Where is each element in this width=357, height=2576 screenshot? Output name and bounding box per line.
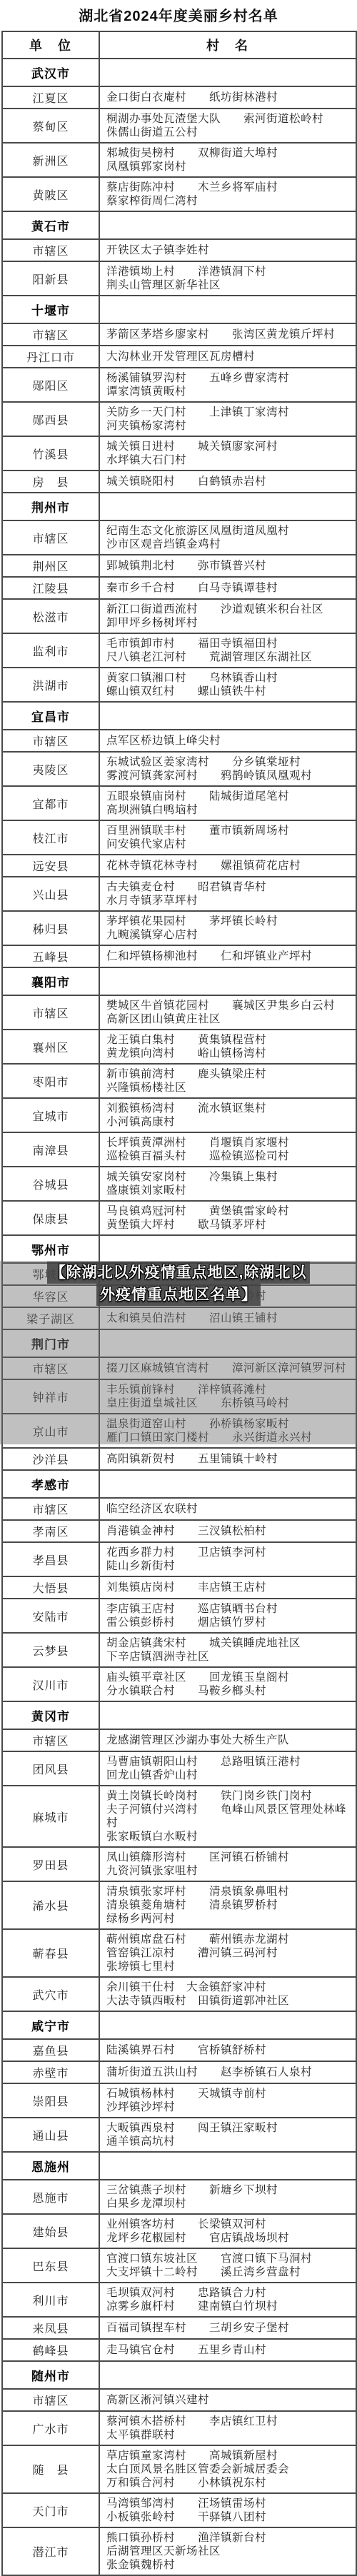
village-cell [99,1235,356,1263]
village-line: 杨溪铺镇罗沟村 五峰乡曹家湾村 [106,371,353,385]
village-cell: 掇刀区麻城镇官湾村 漳河新区漳河镇罗河村 [99,1357,356,1379]
unit-cell: 华容区 [2,1285,99,1307]
village-cell [99,1329,356,1357]
unit-cell: 五峰县 [2,945,99,967]
table-row: 市辖区 樊城区牛首镇花园村 襄城区尹集乡白云村高新区团山镇黄庄社区 [2,995,356,1030]
table-row: 新洲区 邾城街吴榜村 双柳街道大埠村凤凰镇郭家岗村 [2,143,356,177]
village-line: 郢城镇荆北村 弥市镇普兴村 [106,559,353,573]
village-cell: 毛坝镇双河村 忠路镇合力村凉雾乡旗杆村 建南镇白竹坝村 [99,2283,356,2317]
table-row: 崇阳县 石城镇杨林村 天城镇寺前村沙坪镇沙坪村 [2,2083,356,2118]
unit-cell: 恩施州 [2,2152,99,2180]
village-cell: 草店镇童家湾村 高城镇新屋村太白顶风景名胜区管委会新城居委会万和镇合河村 小林镇… [99,2445,356,2493]
village-cell: 大沟林业开发管理区瓦房槽村 [99,346,356,368]
table-row: 鄂州市 [2,1235,356,1263]
table-row: 麻城市 黄土岗镇长岭岗村 铁门岗乡铁门岗村夫子河镇付兴湾村 龟峰山风景区管理处林… [2,1786,356,1847]
table-row: 通山县 大畈镇西泉村 闯王镇汪家畈村通羊镇高坑村 [2,2118,356,2152]
village-line: 五眼泉镇庙岗村 陆城街道尾笔村 [106,790,353,803]
village-line: 大支坪镇十二岭村 溪丘湾乡营盘村 [106,2265,353,2279]
village-line: 水月寺镇茅草坪村 [106,894,353,907]
village-line: 业州镇客坊村 长梁镇双河村 [106,2218,353,2231]
unit-cell: 孝昌县 [2,1542,99,1576]
village-line: 螺山镇双红村 螺山镇铁牛村 [106,685,353,698]
village-cell: 黄家口镇湘口村 乌林镇香山村螺山镇双红村 螺山镇铁牛村 [99,668,356,702]
unit-cell: 市辖区 [2,1357,99,1379]
village-line: 新市镇前湾村 鹿头镇梁庄村 [106,1067,353,1081]
village-cell [99,211,356,239]
village-line: 巡检镇百福头村 巡检镇巡检司村 [106,1149,353,1163]
unit-cell: 潜江市 [2,2527,99,2575]
table-row: 荆门市 [2,1329,356,1357]
village-line: 新江口街道西流村 沙道观镇米积台社区 [106,603,353,616]
table-row: 黄陂区 蔡店街陈冲村 木兰乡将军庙村蔡家榨街周仁湾村 [2,177,356,211]
village-line: 茅箭区茅塔乡廖家村 张湾区黄龙镇斤坪村 [106,328,353,341]
village-line: 石城镇杨林村 天城镇寺前村 [106,2087,353,2100]
village-cell: 高阳镇新贺村 五里铺镇十岭村 [99,1448,356,1470]
village-line: 马湾镇邹湾村 汪场镇雷场村 [106,2497,353,2510]
village-cell [99,2011,356,2039]
village-line: 邾城街吴榜村 双柳街道大埠村 [106,146,353,160]
village-line: 城关镇日进村 城关镇廖家河村 [106,440,353,453]
village-cell: 东城试验区姜家湾村 分乡镇棠垭村雾渡河镇龚家河村 鸦鹊岭镇凤凰观村 [99,752,356,786]
village-line: 谭家湾镇黄畈村 [106,385,353,398]
unit-cell: 黄石市 [2,211,99,239]
table-row: 市辖区 开铁区太子镇李姓村 [2,239,356,261]
table-row: 远安县 花林寺镇花林寺村 嫘祖镇荷花店村 [2,855,356,877]
unit-cell: 梁子湖区 [2,1307,99,1329]
unit-cell: 市辖区 [2,2389,99,2411]
village-line: 沙坪镇沙坪村 [106,2100,353,2114]
village-cell: 陆溪镇界石村 官桥镇舒桥村 [99,2039,356,2061]
village-cell: 刘猴镇杨湾村 流水镇讴集村小河镇高康村 [99,1098,356,1132]
unit-cell: 市辖区 [2,520,99,555]
village-cell: 新江口街道西流村 沙道观镇米积台社区卸甲坪乡杨树坪村 [99,599,356,633]
village-line: 分水镇联合村 马鞍乡榔头村 [106,1684,353,1698]
village-cell: 蒲圻街道五洪山村 赵李桥镇石人泉村 [99,2061,356,2083]
unit-cell: 丹江口市 [2,346,99,368]
table-row: 市辖区 临空经济区农联村 [2,1498,356,1520]
unit-cell: 荆州市 [2,493,99,520]
header-unit: 单 位 [2,31,99,59]
village-line: 庙头镇平章社区 回龙镇玉皇阁村 [106,1671,353,1684]
table-row: 宜昌市 [2,702,356,730]
table-row: 市辖区 龙感湖管理区沙湖办事处大桥生产队 [2,1729,356,1751]
table-row: 市辖区 掇刀区麻城镇官湾村 漳河新区漳河镇罗河村 [2,1357,356,1379]
village-line: 走马镇官仓村 五里乡青山村 [106,2343,353,2357]
unit-cell: 松滋市 [2,599,99,633]
village-cell: 余川镇干仕村 大金镇舒家冲村大法寺镇西畈村 田镇街道郭冲社区 [99,1977,356,2011]
village-cell: 丰乐镇前锋村 洋梓镇蒋滩村皇庄街道皇城社区 东桥镇马岭村 [99,1379,356,1414]
village-cell: 走马镇官仓村 五里乡青山村 [99,2339,356,2361]
village-cell: 凤山镇簰形湾村 匡河镇石桥铺村九资河镇张家咀村 [99,1847,356,1881]
village-cell: 城关镇日进村 城关镇廖家河村水坪镇大石门村 [99,436,356,471]
unit-cell: 通山县 [2,2118,99,2152]
unit-cell: 团风县 [2,1751,99,1786]
village-line: 张塝镇七里村 [106,1960,353,1973]
table-row: 汉川市 庙头镇平章社区 回龙镇玉皇阁村分水镇联合村 马鞍乡榔头村 [2,1667,356,1701]
table-row: 武汉市 [2,59,356,86]
village-cell [99,2152,356,2180]
village-line: 雾渡河镇龚家河村 鸦鹊岭镇凤凰观村 [106,769,353,783]
unit-cell: 十堰市 [2,296,99,323]
table-row: 监利市 毛市镇卸市村 福田寺镇福田村尺八镇老江河村 荒湖管理区东湖社区 [2,633,356,668]
village-cell: 庙头镇平章社区 回龙镇玉皇阁村分水镇联合村 马鞍乡榔头村 [99,1667,356,1701]
unit-cell: 宜昌市 [2,702,99,730]
table-row: 荆州市 [2,493,356,520]
table-row: 罗田县 凤山镇簰形湾村 匡河镇石桥铺村九资河镇张家咀村 [2,1847,356,1881]
village-cell: 杨溪铺镇罗沟村 五峰乡曹家湾村谭家湾镇黄畈村 [99,368,356,402]
village-line: 九资河镇张家咀村 [106,1864,353,1878]
table-row: 华容区 华容镇韩畈村 临江乡黄岭村 [2,1285,356,1307]
village-line: 蕲州镇席盘石村 蕲州镇赤龙湖村 [106,1933,353,1946]
village-line: 大法寺镇西畈村 田镇街道郭冲社区 [106,1994,353,2008]
table-row: 市辖区 纪南生态文化旅游区凤凰街道凤凰村沙市区观音垱镇金鸡村 [2,520,356,555]
village-line: 官渡口镇东坡社区 官渡口镇下马洞村 [106,2252,353,2265]
unit-cell: 麻城市 [2,1786,99,1847]
village-line: 胡金店镇龚宋村 城关镇睡虎地社区 [106,1636,353,1650]
village-line: 下辛店镇泗洲寺社区 [106,1650,353,1664]
village-line: 太平镇群联村 [106,2428,353,2442]
village-line: 纪南生态文化旅游区凤凰街道凤凰村 [106,524,353,538]
village-line: 临空经济区农联村 [106,1502,353,1516]
unit-cell: 保康县 [2,1201,99,1235]
village-cell: 城关镇晓阳村 白鹤镇赤岩村 [99,471,356,493]
village-cell: 洋港镇坳上村 洋港镇洞下村荆头山管理区新华社区 [99,261,356,296]
village-cell: 业州镇客坊村 长梁镇双河村龙坪乡花椒园村 官店镇战场坝村 [99,2214,356,2248]
village-line: 太和镇吴伯浩村 沼山镇王铺村 [106,1312,353,1325]
unit-cell: 江夏区 [2,86,99,109]
village-line: 龙王镇白集村 黄集镇程营村 [106,1033,353,1047]
unit-cell: 市辖区 [2,1498,99,1520]
unit-cell: 孝南区 [2,1520,99,1542]
village-line: 尺八镇老江河村 荒湖管理区东湖社区 [106,650,353,664]
village-line: 荆头山管理区新华社区 [106,278,353,292]
table-row: 恩施州 [2,2152,356,2180]
unit-cell: 市辖区 [2,995,99,1030]
village-cell: 毛市镇卸市村 福田寺镇福田村尺八镇老江河村 荒湖管理区东湖社区 [99,633,356,668]
village-line: 兴隆镇杨楼社区 [106,1081,353,1095]
unit-cell: 浠水县 [2,1881,99,1929]
table-row: 建始县 业州镇客坊村 长梁镇双河村龙坪乡花椒园村 官店镇战场坝村 [2,2214,356,2248]
table-row: 兴山县 古夫镇麦仓村 昭君镇青华村水月寺镇茅草坪村 [2,877,356,911]
village-table: 单 位 村 名 武汉市 江夏区 金口街白衣庵村 纸坊街林港村 蔡甸区 桐湖办事处… [1,31,357,2576]
village-line: 开铁区太子镇李姓村 [106,243,353,257]
page-title: 湖北省2024年度美丽乡村名单 [0,0,357,31]
unit-cell: 阳新县 [2,261,99,296]
table-row: 谷城县 城关镇安家岗村 冷集镇上集村盛康镇刘家畈村 [2,1167,356,1201]
unit-cell: 孝感市 [2,1470,99,1498]
village-cell: 蕲州镇席盘石村 蕲州镇赤龙湖村管窑镇江凉村 漕河镇三码河村张塝镇七里村 [99,1929,356,1977]
unit-cell: 荆门市 [2,1329,99,1357]
table-row: 保康县 马良镇鸡冠河村 黄堡镇雷家岭村黄堡镇大坪村 歇马镇茅坪村 [2,1201,356,1235]
unit-cell: 安陆市 [2,1599,99,1633]
unit-cell: 建始县 [2,2214,99,2248]
village-line: 小河镇高康村 [106,1115,353,1129]
village-line: 高坝洲镇白鸭垴村 [106,803,353,817]
village-line: 百福司镇捏车村 三胡乡安子堡村 [106,2321,353,2335]
village-line: 大沟林业开发管理区瓦房槽村 [106,350,353,363]
table-row: 来凤县 百福司镇捏车村 三胡乡安子堡村 [2,2317,356,2339]
table-row: 黄石市 [2,211,356,239]
village-line: 白果乡龙潭坝村 [106,2197,353,2210]
unit-cell: 利川市 [2,2283,99,2317]
village-cell: 百里洲镇联丰村 董市镇新周场村问安镇代家店村 [99,820,356,855]
village-cell: 龙王镇白集村 黄集镇程营村黄龙镇向湾村 峪山镇杨湾村 [99,1030,356,1064]
unit-cell: 武穴市 [2,1977,99,2011]
village-line: 张家畈镇白水畈村 [106,1830,353,1843]
unit-cell: 市辖区 [2,730,99,752]
village-cell [99,1263,356,1285]
village-cell [99,493,356,520]
village-cell: 高新区淅河镇兴建村 [99,2389,356,2411]
village-line: 关防乡一天门村 上津镇丁家湾村 [106,406,353,419]
village-line [106,1267,353,1281]
village-line: 刘猴镇杨湾村 流水镇讴集村 [106,1102,353,1115]
village-line: 茅坪镇花果园村 茅坪镇长岭村 [106,915,353,928]
village-cell: 点军区桥边镇上峰尖村 [99,730,356,752]
village-line: 高新区淅河镇兴建村 [106,2393,353,2407]
village-cell: 城关镇安家岗村 冷集镇上集村盛康镇刘家畈村 [99,1167,356,1201]
village-line: 点军区桥边镇上峰尖村 [106,734,353,748]
village-line: 草店镇童家湾村 高城镇新屋村 [106,2449,353,2462]
table-row: 郧阳区 杨溪铺镇罗沟村 五峰乡曹家湾村谭家湾镇黄畈村 [2,368,356,402]
table-row: 枝江市 百里洲镇联丰村 董市镇新周场村问安镇代家店村 [2,820,356,855]
table-row: 襄阳市 [2,967,356,995]
table-row: 京山市 温泉街道窑山村 孙桥镇杨家畈村雁门口镇田家门楼村 永兴街道永兴村 [2,1414,356,1448]
unit-cell: 宜都市 [2,786,99,820]
table-row: 恩施市 三岔镇燕子坝村 新塘乡下坝村白果乡龙潭坝村 [2,2180,356,2214]
table-row: 蔡甸区 桐湖办事处瓦渣堡大队 索河街道松岭村侏儒山街道五公村 [2,109,356,143]
unit-cell: 襄州区 [2,1030,99,1064]
village-cell: 石城镇杨林村 天城镇寺前村沙坪镇沙坪村 [99,2083,356,2118]
village-line: 长坪镇黄潭洲村 肖堰镇肖家堰村 [106,1136,353,1149]
village-cell: 花西乡群力村 卫店镇李河村陡山乡新街村 [99,1542,356,1576]
table-row: 阳新县 洋港镇坳上村 洋港镇洞下村荆头山管理区新华社区 [2,261,356,296]
unit-cell: 蕲春县 [2,1929,99,1977]
village-line: 盛康镇刘家畈村 [106,1184,353,1197]
village-line: 三岔镇燕子坝村 新塘乡下坝村 [106,2183,353,2197]
village-line: 花林寺镇花林寺村 嫘祖镇荷花店村 [106,859,353,872]
table-row: 竹溪县 城关镇日进村 城关镇廖家河村水坪镇大石门村 [2,436,356,471]
village-cell: 百福司镇捏车村 三胡乡安子堡村 [99,2317,356,2339]
table-row: 孝感市 [2,1470,356,1498]
table-row: 丹江口市 大沟林业开发管理区瓦房槽村 [2,346,356,368]
village-line: 马曹庙镇朝阳山村 总路咀镇汪港村 [106,1755,353,1769]
table-row: 随州市 [2,2361,356,2389]
village-line: 城关镇安家岗村 冷集镇上集村 [106,1170,353,1184]
village-cell: 马良镇鸡冠河村 黄堡镇雷家岭村黄堡镇大坪村 歇马镇茅坪村 [99,1201,356,1235]
table-row: 宜城市 刘猴镇杨湾村 流水镇讴集村小河镇高康村 [2,1098,356,1132]
village-cell: 蔡店街陈冲村 木兰乡将军庙村蔡家榨街周仁湾村 [99,177,356,211]
unit-cell: 沙洋县 [2,1448,99,1470]
village-cell: 肖港镇金神村 三汊镇松柏村 [99,1520,356,1542]
village-cell: 龙感湖管理区沙湖办事处大桥生产队 [99,1729,356,1751]
village-cell: 郢城镇荆北村 弥市镇普兴村 [99,555,356,577]
village-line: 余川镇干仕村 大金镇舒家冲村 [106,1981,353,1994]
unit-cell: 洪湖市 [2,668,99,702]
village-cell: 马曹庙镇朝阳山村 总路咀镇汪港村回龙山镇香炉山村 [99,1751,356,1786]
village-line: 雁门口镇田家门楼村 永兴街道永兴村 [106,1431,353,1444]
table-row: 云梦县 胡金店镇龚宋村 城关镇睡虎地社区下辛店镇泗洲寺社区 [2,1633,356,1667]
village-line: 卸甲坪乡杨树坪村 [106,616,353,630]
table-row: 孝昌县 花西乡群力村 卫店镇李河村陡山乡新街村 [2,1542,356,1576]
village-line: 龙坪乡花椒园村 官店镇战场坝村 [106,2231,353,2245]
village-line: 清泉镇菱角塘村 清泉镇罗桥村 [106,1898,353,1912]
village-line: 蒲圻街道五洪山村 赵李桥镇石人泉村 [106,2066,353,2079]
unit-cell: 房 县 [2,471,99,493]
village-cell [99,1701,356,1729]
table-row: 广水市 蔡河镇木搭桥村 李店镇红卫村太平镇群联村 [2,2411,356,2445]
unit-cell: 鄂州市 [2,1235,99,1263]
unit-cell: 崇阳县 [2,2083,99,2118]
village-cell [99,702,356,730]
village-line: 万和镇合河村 小林镇祝东村 [106,2476,353,2490]
unit-cell: 枝江市 [2,820,99,855]
table-row: 孝南区 肖港镇金神村 三汊镇松柏村 [2,1520,356,1542]
table-row: 宜都市 五眼泉镇庙岗村 陆城街道尾笔村高坝洲镇白鸭垴村 [2,786,356,820]
village-line: 张金镇魏桥村 [106,2558,353,2572]
table-row: 黄冈市 [2,1701,356,1729]
village-line: 蔡家榨街周仁湾村 [106,194,353,208]
table-row: 团风县 马曹庙镇朝阳山村 总路咀镇汪港村回龙山镇香炉山村 [2,1751,356,1786]
village-line: 掇刀区麻城镇官湾村 漳河新区漳河镇罗河村 [106,1362,353,1375]
village-line: 桐湖办事处瓦渣堡大队 索河街道松岭村 [106,112,353,126]
village-line: 陆溪镇界石村 官桥镇舒桥村 [106,2043,353,2057]
village-cell: 新市镇前湾村 鹿头镇梁庄村兴隆镇杨楼社区 [99,1064,356,1098]
unit-cell: 恩施市 [2,2180,99,2214]
table-row: 郧西县 关防乡一天门村 上津镇丁家湾村河夹镇杨家湾村 [2,402,356,436]
village-line: 大畈镇西泉村 闯王镇汪家畈村 [106,2121,353,2135]
village-line: 沙市区观音垱镇金鸡村 [106,538,353,551]
village-cell: 樊城区牛首镇花园村 襄城区尹集乡白云村高新区团山镇黄庄社区 [99,995,356,1030]
village-line: 温泉街道窑山村 孙桥镇杨家畈村 [106,1417,353,1431]
table-row: 赤壁市 蒲圻街道五洪山村 赵李桥镇石人泉村 [2,2061,356,2083]
unit-cell: 市辖区 [2,323,99,346]
table-row: 蕲春县 蕲州镇席盘石村 蕲州镇赤龙湖村管窑镇江凉村 漕河镇三码河村张塝镇七里村 [2,1929,356,1977]
village-line: 金口街白衣庵村 纸坊街林港村 [106,91,353,104]
village-cell: 金口街白衣庵村 纸坊街林港村 [99,86,356,109]
village-cell: 桐湖办事处瓦渣堡大队 索河街道松岭村侏儒山街道五公村 [99,109,356,143]
unit-cell: 监利市 [2,633,99,668]
village-line: 李店镇王店村 巡店镇晒书台村 [106,1602,353,1616]
village-line: 古夫镇麦仓村 昭君镇青华村 [106,880,353,894]
unit-cell: 枣阳市 [2,1064,99,1098]
village-line: 秦市乡千合村 白马寺镇谭巷村 [106,581,353,595]
table-row: 大悟县 刘集镇店岗村 丰店镇王店村 [2,1576,356,1599]
table-row: 安陆市 李店镇王店村 巡店镇晒书台村雷公镇彭桥村 烟店镇竹罗村 [2,1599,356,1633]
village-cell: 三岔镇燕子坝村 新塘乡下坝村白果乡龙潭坝村 [99,2180,356,2214]
unit-cell: 武汉市 [2,59,99,86]
unit-cell: 郧阳区 [2,368,99,402]
unit-cell: 钟祥市 [2,1379,99,1414]
village-line: 华容镇韩畈村 临江乡黄岭村 [106,1289,353,1303]
village-line: 熊口镇孙桥村 渔洋镇新台村 [106,2531,353,2545]
unit-cell: 鄂城区 [2,1263,99,1285]
village-line: 百里洲镇联丰村 董市镇新周场村 [106,824,353,837]
village-cell: 清泉镇张家坪村 清泉镇象鼻咀村清泉镇菱角塘村 清泉镇罗桥村绿杨乡两河村 [99,1881,356,1929]
table-row: 夷陵区 东城试验区姜家湾村 分乡镇棠垭村雾渡河镇龚家河村 鸦鹊岭镇凤凰观村 [2,752,356,786]
village-cell [99,296,356,323]
village-cell: 马湾镇邹湾村 汪场镇雷场村小板镇张岭村 干驿镇八团村 [99,2493,356,2527]
village-cell [99,1470,356,1498]
table-row: 五峰县 仁和坪镇杨柳池村 仁和坪镇业产坪村 [2,945,356,967]
village-line: 马良镇鸡冠河村 黄堡镇雷家岭村 [106,1204,353,1218]
village-line: 后湖管理区天新场社区 [106,2545,353,2558]
unit-cell: 随 县 [2,2445,99,2493]
unit-cell: 远安县 [2,855,99,877]
village-cell [99,59,356,86]
table-row: 沙洋县 高阳镇新贺村 五里铺镇十岭村 [2,1448,356,1470]
table-header-row: 单 位 村 名 [2,31,356,59]
unit-cell: 大悟县 [2,1576,99,1599]
table-row: 十堰市 [2,296,356,323]
table-row: 洪湖市 黄家口镇湘口村 乌林镇香山村螺山镇双红村 螺山镇铁牛村 [2,668,356,702]
table-row: 松滋市 新江口街道西流村 沙道观镇米积台社区卸甲坪乡杨树坪村 [2,599,356,633]
village-cell: 华容镇韩畈村 临江乡黄岭村 [99,1285,356,1307]
unit-cell: 京山市 [2,1414,99,1448]
village-cell: 官渡口镇东坡社区 官渡口镇下马洞村大支坪镇十二岭村 溪丘湾乡营盘村 [99,2248,356,2283]
unit-cell: 谷城县 [2,1167,99,1201]
village-line: 肖港镇金神村 三汊镇松柏村 [106,1524,353,1538]
village-cell: 五眼泉镇庙岗村 陆城街道尾笔村高坝洲镇白鸭垴村 [99,786,356,820]
table-row: 市辖区 茅箭区茅塔乡廖家村 张湾区黄龙镇斤坪村 [2,323,356,346]
village-cell: 刘集镇店岗村 丰店镇王店村 [99,1576,356,1599]
unit-cell: 天门市 [2,2493,99,2527]
village-cell [99,2361,356,2389]
village-cell: 茅坪镇花果园村 茅坪镇长岭村九畹溪镇穿心店村 [99,911,356,945]
unit-cell: 鹤峰县 [2,2339,99,2361]
village-cell [99,967,356,995]
table-row: 荆州区 郢城镇荆北村 弥市镇普兴村 [2,555,356,577]
village-line: 凤凰镇郭家岗村 [106,160,353,173]
table-row: 利川市 毛坝镇双河村 忠路镇合力村凉雾乡旗杆村 建南镇白竹坝村 [2,2283,356,2317]
village-line: 仁和坪镇杨柳池村 仁和坪镇业产坪村 [106,950,353,963]
table-row: 市辖区 高新区淅河镇兴建村 [2,2389,356,2411]
unit-cell: 黄冈市 [2,1701,99,1729]
village-line: 蔡店街陈冲村 木兰乡将军庙村 [106,181,353,194]
unit-cell: 夷陵区 [2,752,99,786]
village-cell: 花林寺镇花林寺村 嫘祖镇荷花店村 [99,855,356,877]
village-line: 高阳镇新贺村 五里铺镇十岭村 [106,1452,353,1466]
table-row: 秭归县 茅坪镇花果园村 茅坪镇长岭村九畹溪镇穿心店村 [2,911,356,945]
village-line: 花西乡群力村 卫店镇李河村 [106,1546,353,1559]
village-cell: 茅箭区茅塔乡廖家村 张湾区黄龙镇斤坪村 [99,323,356,346]
village-cell: 胡金店镇龚宋村 城关镇睡虎地社区下辛店镇泗洲寺社区 [99,1633,356,1667]
unit-cell: 兴山县 [2,877,99,911]
table-row: 江陵县 秦市乡千合村 白马寺镇谭巷村 [2,577,356,599]
unit-cell: 江陵县 [2,577,99,599]
unit-cell: 南漳县 [2,1132,99,1167]
table-row: 枣阳市 新市镇前湾村 鹿头镇梁庄村兴隆镇杨楼社区 [2,1064,356,1098]
village-line: 管窑镇江凉村 漕河镇三码河村 [106,1946,353,1960]
unit-cell: 竹溪县 [2,436,99,471]
unit-cell: 市辖区 [2,239,99,261]
village-line: 蔡河镇木搭桥村 李店镇红卫村 [106,2415,353,2428]
table-row: 鹤峰县 走马镇官仓村 五里乡青山村 [2,2339,356,2361]
village-cell: 太和镇吴伯浩村 沼山镇王铺村 [99,1307,356,1329]
village-line: 九畹溪镇穿心店村 [106,928,353,942]
screenshot-page: 湖北省2024年度美丽乡村名单 单 位 村 名 武汉市 江夏区 金口街白衣庵村 … [0,0,357,2576]
village-line: 河夹镇杨家湾村 [106,419,353,433]
village-line: 城关镇晓阳村 白鹤镇赤岩村 [106,475,353,488]
village-line: 黄家口镇湘口村 乌林镇香山村 [106,671,353,685]
village-line: 黄龙镇向湾村 峪山镇杨湾村 [106,1047,353,1060]
table-row: 巴东县 官渡口镇东坡社区 官渡口镇下马洞村大支坪镇十二岭村 溪丘湾乡营盘村 [2,2248,356,2283]
village-cell: 大畈镇西泉村 闯王镇汪家畈村通羊镇高坑村 [99,2118,356,2152]
village-line: 夫子河镇付兴湾村 龟峰山风景区管理处林峰村 [106,1803,353,1830]
unit-cell: 罗田县 [2,1847,99,1881]
village-line: 丰乐镇前锋村 洋梓镇蒋滩村 [106,1383,353,1397]
village-line: 刘集镇店岗村 丰店镇王店村 [106,1581,353,1594]
